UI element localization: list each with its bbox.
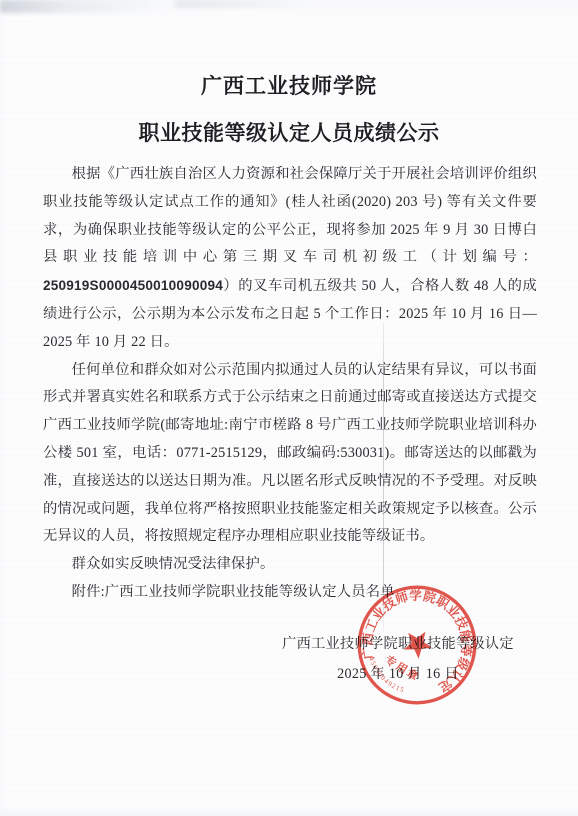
paragraph-text: 群众如实反映情况受法律保护。 [72, 556, 275, 572]
paragraph: 任何单位和群众如对公示范围内拟通过人员的认定结果有异议，可以书面形式并署真实姓名… [43, 357, 537, 552]
title-line-2: 职业技能等级认定人员成绩公示 [0, 120, 578, 146]
paragraph-text: 任何单位和群众如对公示范围内拟通过人员的认定结果有异议，可以书面形式并署真实姓名… [43, 362, 537, 545]
paragraph-text: 附件:广西工业技师学院职业技能等级认定人员名单 [72, 584, 395, 600]
official-seal: 广西工业技师学院职业技能等级认定 专用章 45050049215 [354, 582, 480, 708]
document-body: 根据《广西壮族自治区人力资源和社会保障厅关于开展社会培训评价组织职业技能等级认定… [43, 161, 537, 607]
paragraph-text: 根据《广西壮族自治区人力资源和社会保障厅关于开展社会培训评价组织职业技能等级认定… [43, 166, 537, 265]
paragraph: 群众如实反映情况受法律保护。 [43, 551, 537, 579]
plan-number: 250919S0000450010090094 [43, 278, 223, 293]
title-line-1: 广西工业技师学院 [0, 73, 578, 99]
scan-smudge [175, 0, 315, 8]
scanned-announcement-page: 广西工业技师学院 职业技能等级认定人员成绩公示 根据《广西壮族自治区人力资源和社… [0, 0, 578, 816]
document-title: 广西工业技师学院 职业技能等级认定人员成绩公示 [0, 73, 578, 146]
paragraph: 根据《广西壮族自治区人力资源和社会保障厅关于开展社会培训评价组织职业技能等级认定… [43, 161, 537, 357]
seal-star-icon [399, 624, 437, 661]
scan-smudge [0, 0, 170, 13]
